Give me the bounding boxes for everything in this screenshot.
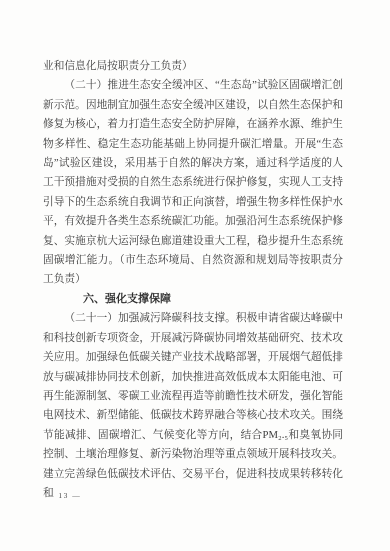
- scanned-document-page: 业和信息化局按职责分工负责） （二十）推进生态安全缓冲区、“生态岛”试验区固碳增…: [0, 0, 390, 551]
- section-heading: 六、强化支撑保障: [43, 290, 343, 309]
- paragraph-item-20: （二十）推进生态安全缓冲区、“生态岛”试验区固碳增汇创新示范。因地制宜加强生态安…: [43, 76, 343, 289]
- paragraph-item-21: （二十一）加强减污降碳科技支撑。积极申请省碳达峰碳中和科技创新专项资金，开展减污…: [43, 309, 343, 503]
- document-body: 业和信息化局按职责分工负责） （二十）推进生态安全缓冲区、“生态岛”试验区固碳增…: [43, 57, 343, 503]
- paragraph-continuation: 业和信息化局按职责分工负责）: [43, 57, 343, 76]
- page-number: — 13 —: [46, 491, 81, 501]
